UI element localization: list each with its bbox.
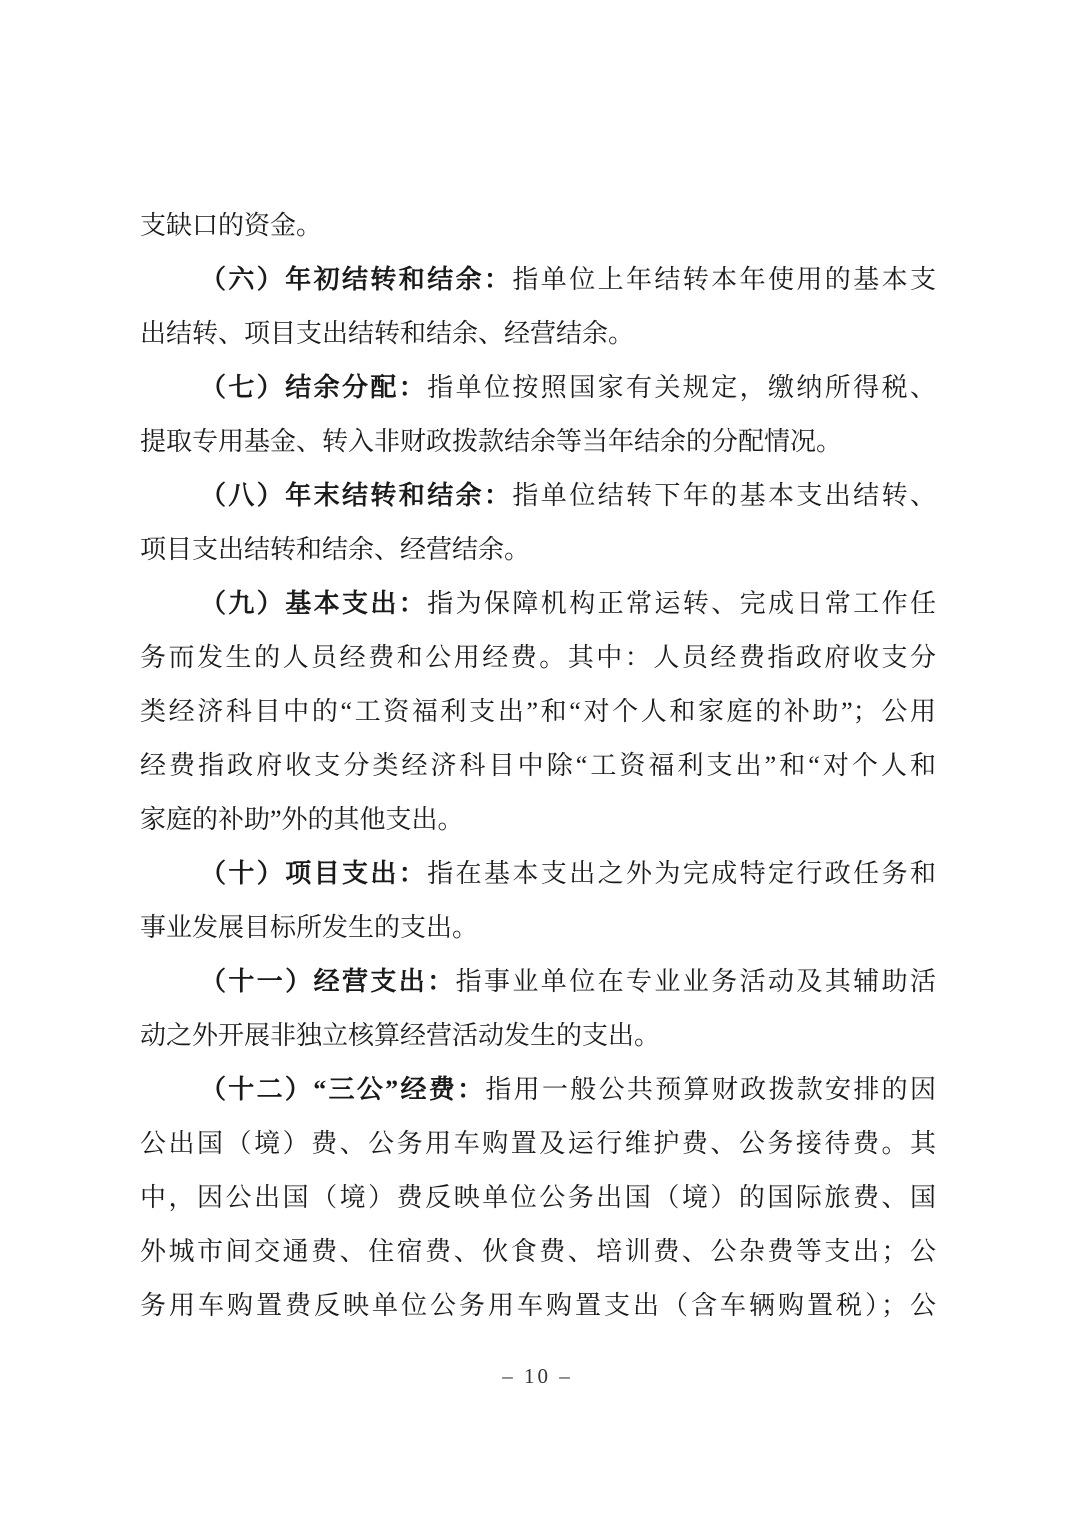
body-text: 经费指政府收支分类经济科目中除“工资福利支出”和“对个人和 [140,751,936,780]
text-line: （十二）“三公”经费：指用一般公共预算财政拨款安排的因 [140,1063,936,1117]
body-text: 类经济科目中的“工资福利支出”和“对个人和家庭的补助”；公用 [140,697,936,726]
text-line: （十）项目支出：指在基本支出之外为完成特定行政任务和 [140,847,936,901]
body-text: 提取专用基金、转入非财政拨款结余等当年结余的分配情况。 [140,427,842,456]
body-text: 动之外开展非独立核算经营活动发生的支出。 [140,1021,660,1050]
page-number: – 10 – [0,1364,1075,1389]
text-line: 项目支出结转和结余、经营结余。 [140,523,936,577]
body-text: 指用一般公共预算财政拨款安排的因 [485,1075,936,1104]
text-line: 提取专用基金、转入非财政拨款结余等当年结余的分配情况。 [140,415,936,469]
text-line: 外城市间交通费、住宿费、伙食费、培训费、公杂费等支出；公 [140,1225,936,1279]
body-text: 项目支出结转和结余、经营结余。 [140,535,530,564]
body-text: 指单位上年结转本年使用的基本支 [512,265,936,294]
body-text: 务用车购置费反映单位公务用车购置支出（含车辆购置税）；公 [140,1291,936,1320]
term-heading-text: （九）基本支出： [200,589,427,618]
term-heading-text: （十二）“三公”经费： [200,1075,485,1104]
document-page: 支缺口的资金。（六）年初结转和结余：指单位上年结转本年使用的基本支出结转、项目支… [0,0,1075,1520]
term-heading-text: （七）结余分配： [200,373,427,402]
text-line: 出结转、项目支出结转和结余、经营结余。 [140,307,936,361]
text-line: 务用车购置费反映单位公务用车购置支出（含车辆购置税）；公 [140,1279,936,1333]
body-text: 指单位结转下年的基本支出结转、 [512,481,936,510]
text-line: 家庭的补助”外的其他支出。 [140,793,936,847]
text-line: 动之外开展非独立核算经营活动发生的支出。 [140,1009,936,1063]
text-line: 事业发展目标所发生的支出。 [140,901,936,955]
text-line: （九）基本支出：指为保障机构正常运转、完成日常工作任 [140,577,936,631]
text-line: 务而发生的人员经费和公用经费。其中：人员经费指政府收支分 [140,631,936,685]
text-line: （八）年末结转和结余：指单位结转下年的基本支出结转、 [140,469,936,523]
body-text: 务而发生的人员经费和公用经费。其中：人员经费指政府收支分 [140,643,936,672]
text-line: （十一）经营支出：指事业单位在专业业务活动及其辅助活 [140,955,936,1009]
text-line: （七）结余分配：指单位按照国家有关规定，缴纳所得税、 [140,361,936,415]
body-text: 家庭的补助”外的其他支出。 [140,805,464,834]
term-heading-text: （十一）经营支出： [200,967,456,996]
body-text: 指在基本支出之外为完成特定行政任务和 [427,859,936,888]
body-text: 出结转、项目支出结转和结余、经营结余。 [140,319,634,348]
body-text: 中，因公出国（境）费反映单位公务出国（境）的国际旅费、国 [140,1183,936,1212]
body-text: 指单位按照国家有关规定，缴纳所得税、 [427,373,936,402]
body-text: 指为保障机构正常运转、完成日常工作任 [427,589,936,618]
text-line: 支缺口的资金。 [140,199,936,253]
text-line: （六）年初结转和结余：指单位上年结转本年使用的基本支 [140,253,936,307]
body-text: 指事业单位在专业业务活动及其辅助活 [456,967,936,996]
text-block: 支缺口的资金。（六）年初结转和结余：指单位上年结转本年使用的基本支出结转、项目支… [140,199,936,1333]
text-line: 中，因公出国（境）费反映单位公务出国（境）的国际旅费、国 [140,1171,936,1225]
term-heading-text: （六）年初结转和结余： [200,265,512,294]
body-text: 外城市间交通费、住宿费、伙食费、培训费、公杂费等支出；公 [140,1237,936,1266]
term-heading-text: （八）年末结转和结余： [200,481,512,510]
body-text: 事业发展目标所发生的支出。 [140,913,478,942]
text-line: 经费指政府收支分类经济科目中除“工资福利支出”和“对个人和 [140,739,936,793]
body-text: 支缺口的资金。 [140,211,322,240]
term-heading-text: （十）项目支出： [200,859,427,888]
text-line: 类经济科目中的“工资福利支出”和“对个人和家庭的补助”；公用 [140,685,936,739]
body-text: 公出国（境）费、公务用车购置及运行维护费、公务接待费。其 [140,1129,936,1158]
text-line: 公出国（境）费、公务用车购置及运行维护费、公务接待费。其 [140,1117,936,1171]
